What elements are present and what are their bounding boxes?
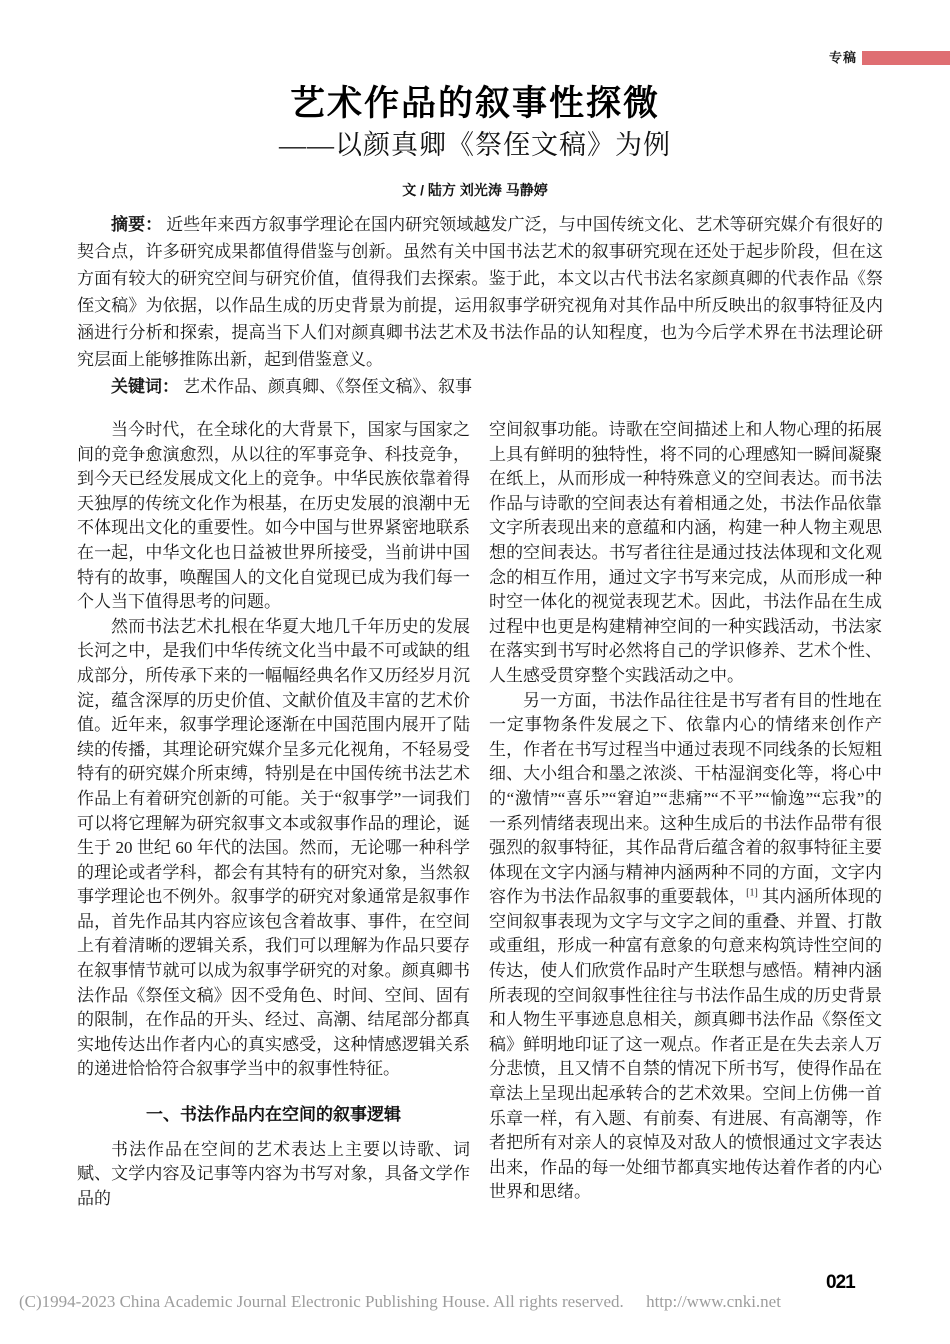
cnki-url: http://www.cnki.net [646, 1292, 781, 1311]
paragraph-4-text-after-ref: 其内涵所体现的空间叙事表现为文字与文字之间的重叠、并置、打散或重组，形成一种富有… [489, 887, 882, 1201]
body-paragraph-2: 然而书法艺术扎根在华夏大地几千年历史的发展长河之中，是我们中华传统文化当中最不可… [77, 615, 470, 1082]
article-header: 艺术作品的叙事性探微 ——以颜真卿《祭侄文稿》为例 文 / 陆方 刘光涛 马静婷 [72, 84, 878, 200]
keywords-text: 艺术作品、颜真卿、《祭侄文稿》、叙事 [183, 377, 472, 396]
article-byline: 文 / 陆方 刘光涛 马静婷 [72, 180, 878, 200]
paragraph-4-text-before-ref: 另一方面，书法作品往往是书写者有目的性地在一定事物条件发展之下、依靠内心的情绪来… [489, 691, 882, 907]
accent-bar [862, 51, 950, 65]
abstract-block: 摘要：近些年来西方叙事学理论在国内研究领域越发广泛，与中国传统文化、艺术等研究媒… [77, 211, 883, 400]
abstract-paragraph: 摘要：近些年来西方叙事学理论在国内研究领域越发广泛，与中国传统文化、艺术等研究媒… [77, 211, 883, 373]
keywords-label: 关键词： [111, 377, 179, 396]
keywords-line: 关键词：艺术作品、颜真卿、《祭侄文稿》、叙事 [77, 373, 883, 400]
footnote-ref-1: [1] [746, 888, 758, 899]
page-number: 021 [826, 1272, 855, 1294]
section-heading-1: 一、书法作品内在空间的叙事逻辑 [77, 1103, 470, 1128]
article-title: 艺术作品的叙事性探微 [72, 84, 878, 124]
article-subtitle: ——以颜真卿《祭侄文稿》为例 [72, 128, 878, 162]
body-paragraph-4: 另一方面，书法作品往往是书写者有目的性地在一定事物条件发展之下、依靠内心的情绪来… [489, 689, 882, 1205]
page-footer: (C)1994-2023 China Academic Journal Elec… [19, 1292, 781, 1312]
abstract-label: 摘要： [111, 215, 162, 234]
body-paragraph-3: 书法作品在空间的艺术表达上主要以诗歌、词赋、文学内容及记事等内容为书写对象，具备… [77, 1138, 470, 1212]
right-column: 空间叙事功能。诗歌在空间描述上和人物心理的拓展上具有鲜明的独特性，将不同的心理感… [489, 418, 882, 1211]
left-column: 当今时代，在全球化的大背景下，国家与国家之间的竞争愈演愈烈，从以往的军事竞争、科… [77, 418, 470, 1211]
body-paragraph-3-continuation: 空间叙事功能。诗歌在空间描述上和人物心理的拓展上具有鲜明的独特性，将不同的心理感… [489, 418, 882, 689]
body-paragraph-1: 当今时代，在全球化的大背景下，国家与国家之间的竞争愈演愈烈，从以往的军事竞争、科… [77, 418, 470, 615]
abstract-text: 近些年来西方叙事学理论在国内研究领域越发广泛，与中国传统文化、艺术等研究媒介有很… [77, 215, 883, 369]
copyright-notice: (C)1994-2023 China Academic Journal Elec… [19, 1292, 624, 1311]
column-tag-label: 专稿 [829, 50, 857, 66]
body-columns: 当今时代，在全球化的大背景下，国家与国家之间的竞争愈演愈烈，从以往的军事竞争、科… [77, 418, 883, 1211]
masthead: 专稿 [829, 50, 950, 66]
